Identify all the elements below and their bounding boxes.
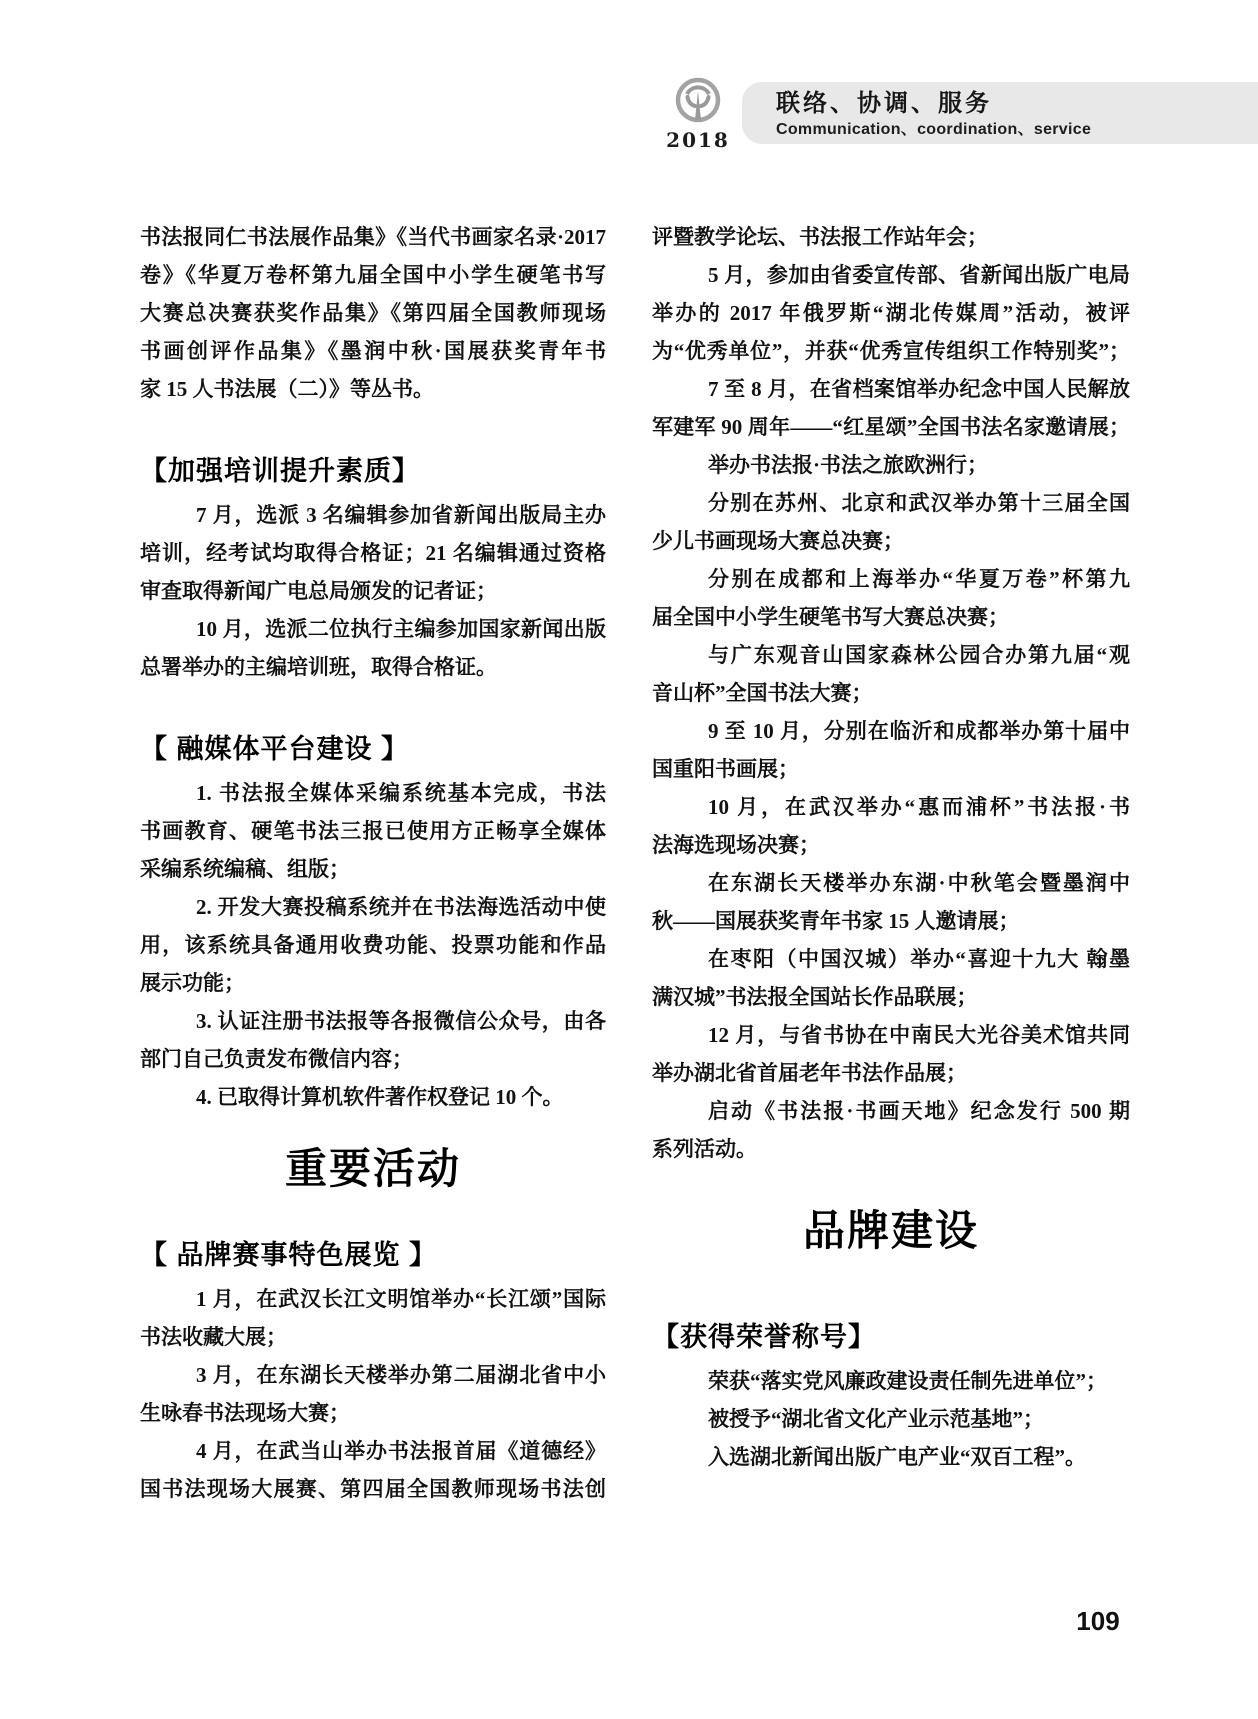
text-line: 为“优秀单位”，并获“优秀宣传组织工作特别奖”； bbox=[652, 332, 1130, 370]
logo-year: 2018 bbox=[660, 128, 736, 152]
text-line: 系列活动。 bbox=[652, 1130, 1130, 1168]
publisher-logo: 2018 bbox=[660, 76, 736, 152]
section-header: 【获得荣誉称号】 bbox=[652, 1320, 1130, 1354]
text-line: 10 月，选派二位执行主编参加国家新闻出版 bbox=[140, 610, 606, 648]
text-line: 举办湖北省首届老年书法作品展； bbox=[652, 1054, 1130, 1092]
text-line: 5 月，参加由省委宣传部、省新闻出版广电局 bbox=[652, 256, 1130, 294]
right-column: 评暨教学论坛、书法报工作站年会；5 月，参加由省委宣传部、省新闻出版广电局举办的… bbox=[652, 218, 1130, 1476]
page-number: 109 bbox=[1068, 1606, 1128, 1637]
text-line: 与广东观音山国家森林公园合办第九届“观 bbox=[652, 636, 1130, 674]
section-title: 品牌建设 bbox=[652, 1208, 1130, 1254]
text-line: 书画创评作品集》《墨润中秋·国展获奖青年书 bbox=[140, 332, 606, 370]
text-line: 2. 开发大赛投稿系统并在书法海选活动中使 bbox=[140, 888, 606, 926]
text-line: 7 月，选派 3 名编辑参加省新闻出版局主办的 bbox=[140, 496, 606, 534]
text-line: 举办书法报·书法之旅欧洲行； bbox=[652, 446, 1130, 484]
text-line: 举办的 2017 年俄罗斯“湖北传媒周”活动，被评 bbox=[652, 294, 1130, 332]
chapter-title-en: Communication、coordination、service bbox=[776, 119, 1258, 141]
text-line: 国重阳书画展； bbox=[652, 750, 1130, 788]
text-line: 4 月，在武当山举办书法报首届《道德经》全 bbox=[140, 1432, 606, 1470]
chapter-header-band: 联络、协调、服务 Communication、coordination、serv… bbox=[742, 82, 1258, 144]
text-line: 法海选现场决赛； bbox=[652, 826, 1130, 864]
text-line: 10 月，在武汉举办“惠而浦杯”书法报·书 bbox=[652, 788, 1130, 826]
text-line: 届全国中小学生硬笔书写大赛总决赛； bbox=[652, 598, 1130, 636]
text-line: 3 月，在东湖长天楼举办第二届湖北省中小学 bbox=[140, 1356, 606, 1394]
section-title: 重要活动 bbox=[140, 1146, 606, 1192]
text-line: 9 至 10 月，分别在临沂和成都举办第十届中 bbox=[652, 712, 1130, 750]
text-line: 被授予“湖北省文化产业示范基地”； bbox=[652, 1400, 1130, 1438]
text-line: 少儿书画现场大赛总决赛； bbox=[652, 522, 1130, 560]
chapter-title-cn: 联络、协调、服务 bbox=[776, 89, 1258, 119]
text-line: 大赛总决赛获奖作品集》《第四届全国教师现场 bbox=[140, 294, 606, 332]
text-line: 启动《书法报·书画天地》纪念发行 500 期 bbox=[652, 1092, 1130, 1130]
section-header: 【加强培训提升素质】 bbox=[140, 454, 606, 488]
yearbook-page: 2018 联络、协调、服务 Communication、coordination… bbox=[0, 0, 1258, 1719]
text-line: 音山杯”全国书法大赛； bbox=[652, 674, 1130, 712]
text-line: 4. 已取得计算机软件著作权登记 10 个。 bbox=[140, 1078, 606, 1116]
text-line: 用，该系统具备通用收费功能、投票功能和作品 bbox=[140, 926, 606, 964]
text-line: 生咏春书法现场大赛； bbox=[140, 1394, 606, 1432]
text-line: 1. 书法报全媒体采编系统基本完成，书法报、 bbox=[140, 774, 606, 812]
text-line: 军建军 90 周年——“红星颂”全国书法名家邀请展； bbox=[652, 408, 1130, 446]
section-header: 【 融媒体平台建设 】 bbox=[140, 732, 606, 766]
text-line: 培训，经考试均取得合格证；21 名编辑通过资格 bbox=[140, 534, 606, 572]
text-line: 秋——国展获奖青年书家 15 人邀请展； bbox=[652, 902, 1130, 940]
text-line: 分别在苏州、北京和武汉举办第十三届全国 bbox=[652, 484, 1130, 522]
text-line: 采编系统编稿、组版； bbox=[140, 850, 606, 888]
text-line: 在东湖长天楼举办东湖·中秋笔会暨墨润中 bbox=[652, 864, 1130, 902]
text-line: 部门自己负责发布微信内容； bbox=[140, 1040, 606, 1078]
text-line: 书画教育、硬笔书法三报已使用方正畅享全媒体 bbox=[140, 812, 606, 850]
text-line: 3. 认证注册书法报等各报微信公众号，由各 bbox=[140, 1002, 606, 1040]
text-line: 卷》《华夏万卷杯第九届全国中小学生硬笔书写 bbox=[140, 256, 606, 294]
text-line: 书法收藏大展； bbox=[140, 1318, 606, 1356]
left-column: 书法报同仁书法展作品集》《当代书画家名录·2017卷》《华夏万卷杯第九届全国中小… bbox=[140, 218, 606, 1508]
text-line: 7 至 8 月，在省档案馆举办纪念中国人民解放 bbox=[652, 370, 1130, 408]
text-line: 书法报同仁书法展作品集》《当代书画家名录·2017 bbox=[140, 218, 606, 256]
section-header: 【 品牌赛事特色展览 】 bbox=[140, 1238, 606, 1272]
text-line: 分别在成都和上海举办“华夏万卷”杯第九 bbox=[652, 560, 1130, 598]
text-line: 审查取得新闻广电总局颁发的记者证； bbox=[140, 572, 606, 610]
text-line: 在枣阳（中国汉城）举办“喜迎十九大 翰墨 bbox=[652, 940, 1130, 978]
text-line: 总署举办的主编培训班，取得合格证。 bbox=[140, 648, 606, 686]
text-line: 满汉城”书法报全国站长作品联展； bbox=[652, 978, 1130, 1016]
text-line: 荣获“落实党风廉政建设责任制先进单位”； bbox=[652, 1362, 1130, 1400]
text-line: 家 15 人书法展（二）》等丛书。 bbox=[140, 370, 606, 408]
text-line: 1 月，在武汉长江文明馆举办“长江颂”国际 bbox=[140, 1280, 606, 1318]
text-line: 国书法现场大展赛、第四届全国教师现场书法创 bbox=[140, 1470, 606, 1508]
text-line: 12 月，与省书协在中南民大光谷美术馆共同 bbox=[652, 1016, 1130, 1054]
text-line: 展示功能； bbox=[140, 964, 606, 1002]
text-line: 入选湖北新闻出版广电产业“双百工程”。 bbox=[652, 1438, 1130, 1476]
text-line: 评暨教学论坛、书法报工作站年会； bbox=[652, 218, 1130, 256]
calligraphy-emblem-icon bbox=[674, 76, 722, 126]
